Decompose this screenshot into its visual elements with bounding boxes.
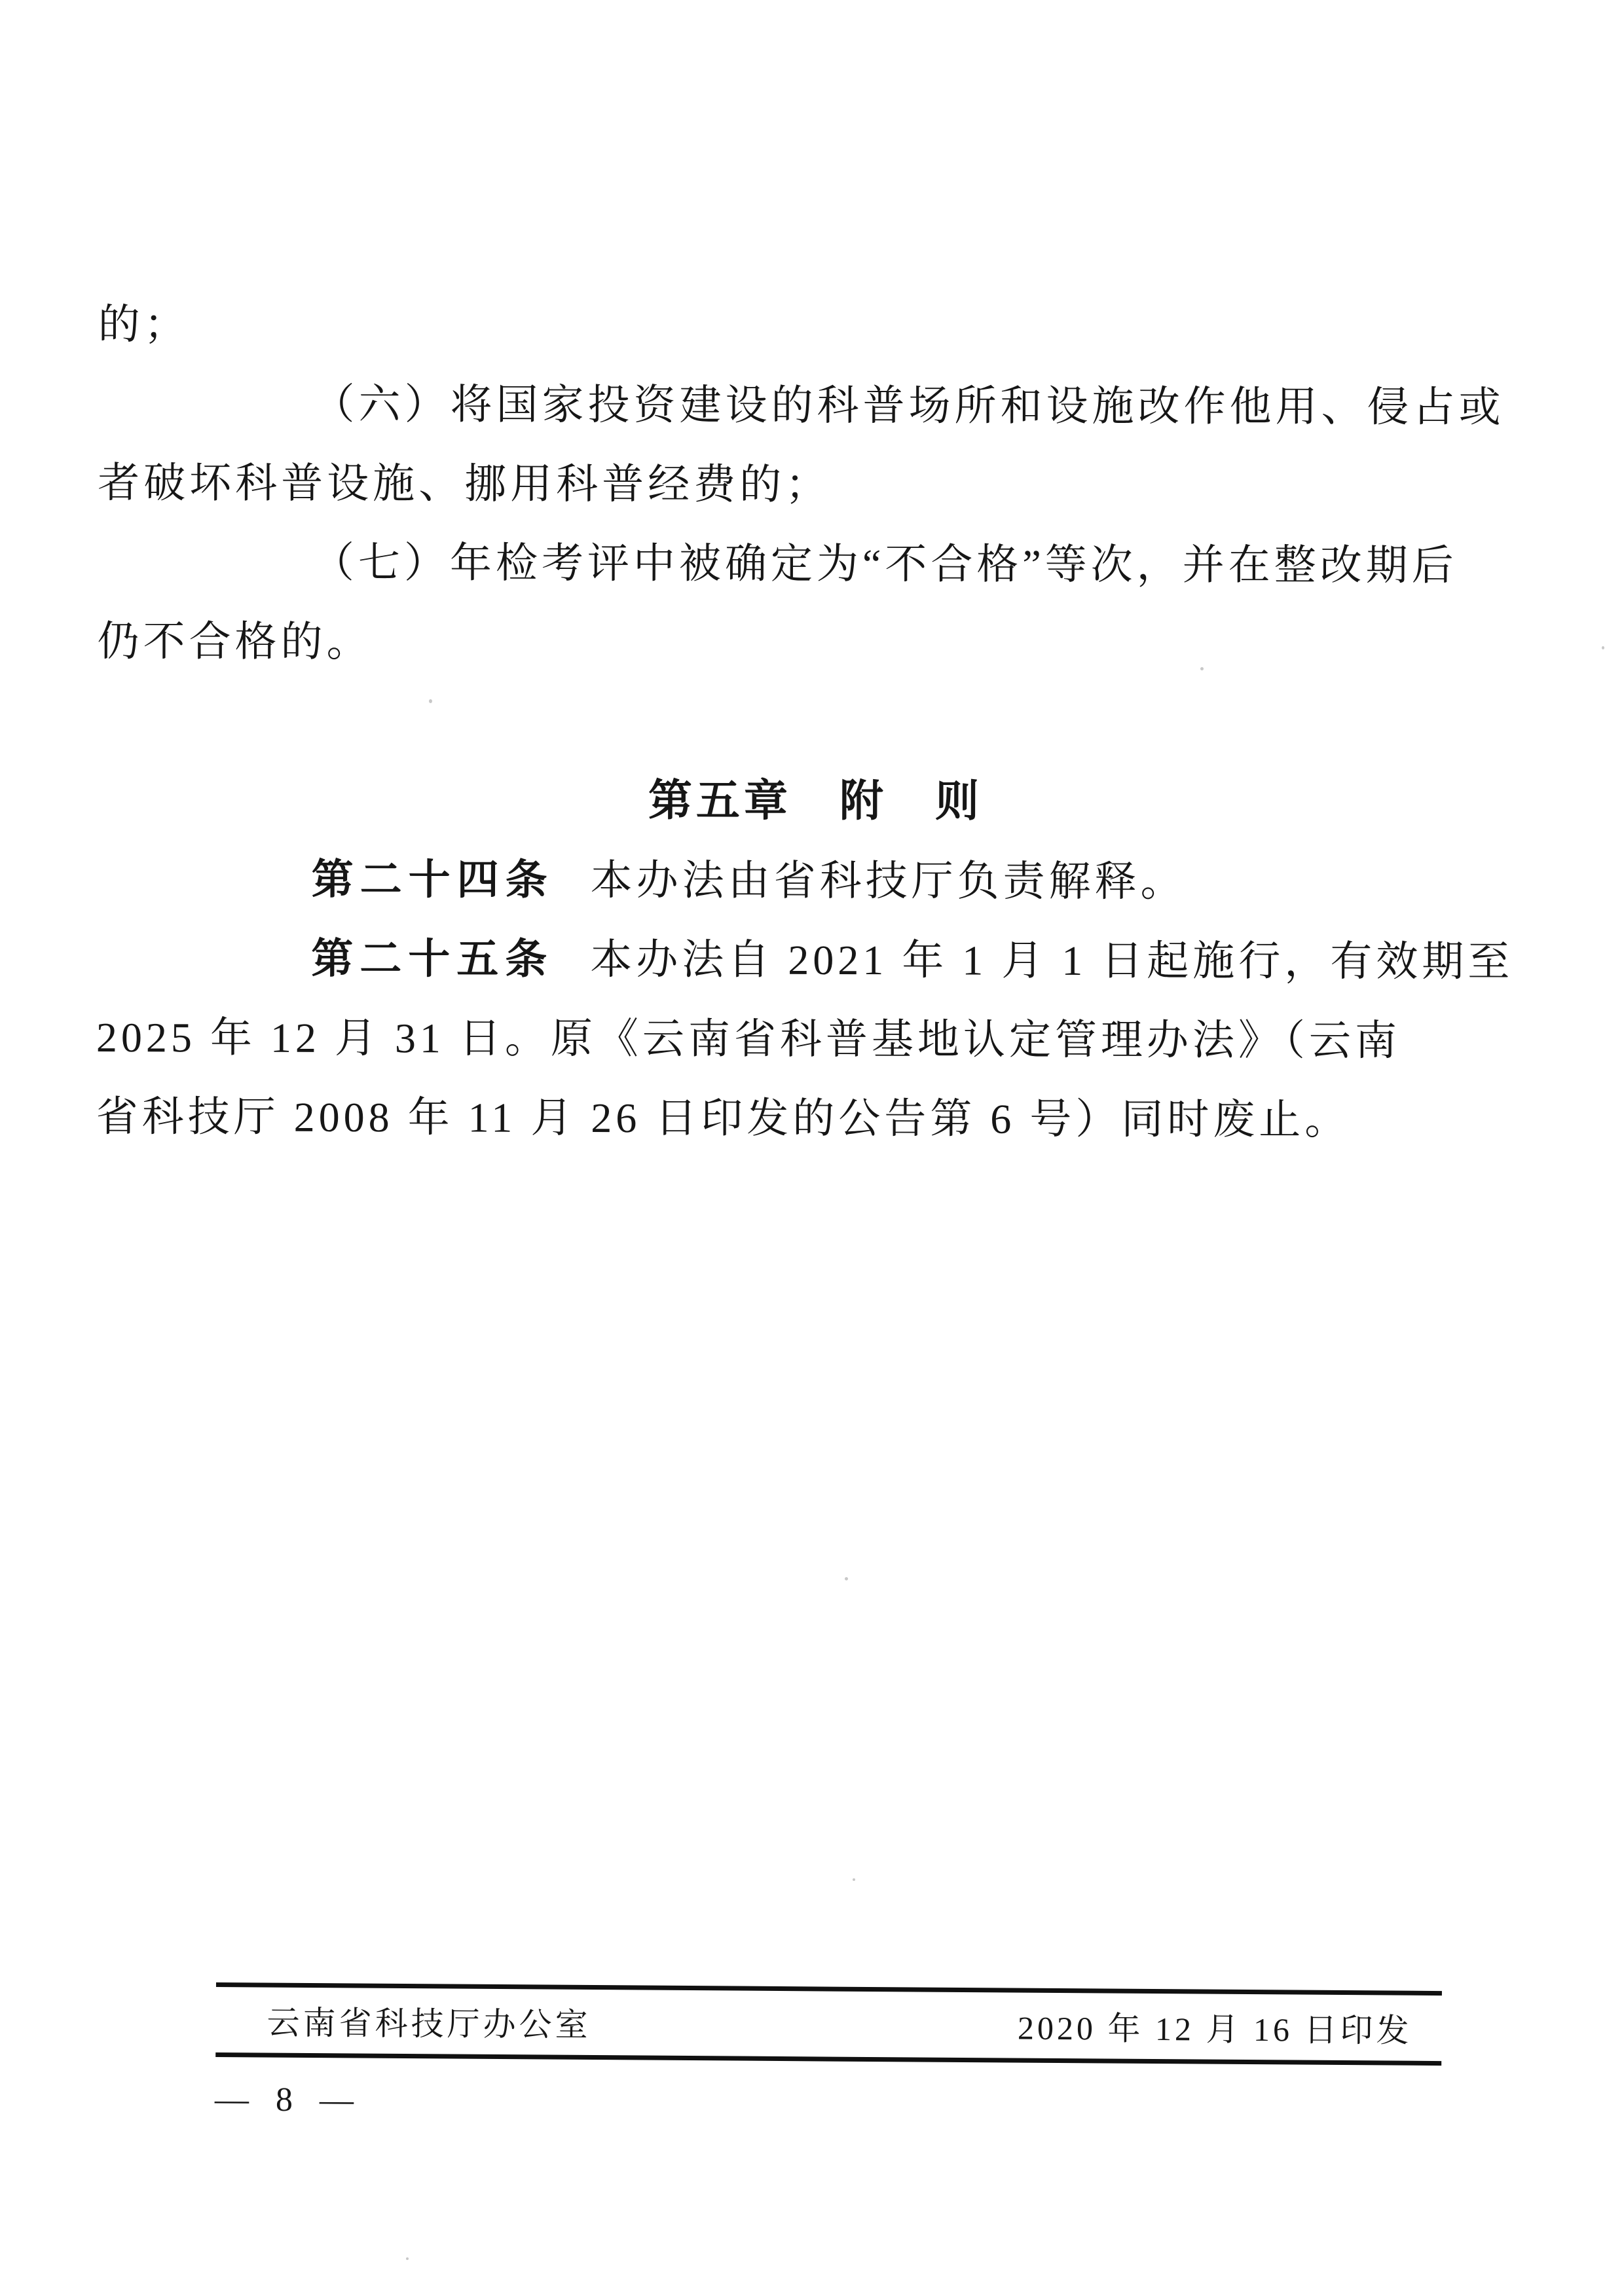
article-25-line-1: 第二十五条本办法自 2021 年 1 月 1 日起施行，有效期至 [96,919,1534,1002]
clause-six-line-2: 者破坏科普设施、挪用科普经费的； [98,443,1535,526]
article-25-text-start: 本办法自 2021 年 1 月 1 日起施行，有效期至 [590,936,1513,985]
blank-spacer [97,681,1534,764]
document-body: 的； （六）将国家投资建设的科普场所和设施改作他用、侵占或 者破坏科普设施、挪用… [96,285,1536,1160]
scanned-document-page: 的； （六）将国家投资建设的科普场所和设施改作他用、侵占或 者破坏科普设施、挪用… [0,0,1624,2296]
scan-speck [406,2257,409,2260]
chapter-heading: 第五章 附 则 [97,760,1534,843]
scan-speck [1602,646,1604,649]
print-date: 2020 年 12 月 16 日印发 [1018,2002,1412,2052]
clause-seven-line-2: 仍不合格的。 [97,602,1534,685]
clause-seven-line-1: （七）年检考评中被确定为“不合格”等次，并在整改期后 [98,522,1535,606]
clause-six-line-1: （六）将国家投资建设的科普场所和设施改作他用、侵占或 [98,364,1535,447]
article-25-line-3: 省科技厅 2008 年 11 月 26 日印发的公告第 6 号）同时废止。 [96,1077,1534,1160]
footer-row: 云南省科技厅办公室 2020 年 12 月 16 日印发 [215,1987,1442,2061]
scan-speck [845,1577,848,1580]
page-number: — 8 — [215,2080,363,2119]
article-24-term: 第二十四条 [312,856,554,903]
article-24-text: 本办法由省科技厅负责解释。 [591,857,1187,905]
article-25-term: 第二十五条 [311,936,553,983]
scan-speck [853,1878,855,1881]
issuing-office: 云南省科技厅办公室 [267,1997,591,2046]
article-25-line-2: 2025 年 12 月 31 日。原《云南省科普基地认定管理办法》（云南 [96,998,1534,1081]
article-24-line: 第二十四条本办法由省科技厅负责解释。 [96,839,1534,922]
scan-speck [1200,667,1204,670]
scan-speck [429,699,432,703]
carryover-line: 的； [98,285,1536,368]
colophon-footer: 云南省科技厅办公室 2020 年 12 月 16 日印发 [215,1982,1442,2066]
